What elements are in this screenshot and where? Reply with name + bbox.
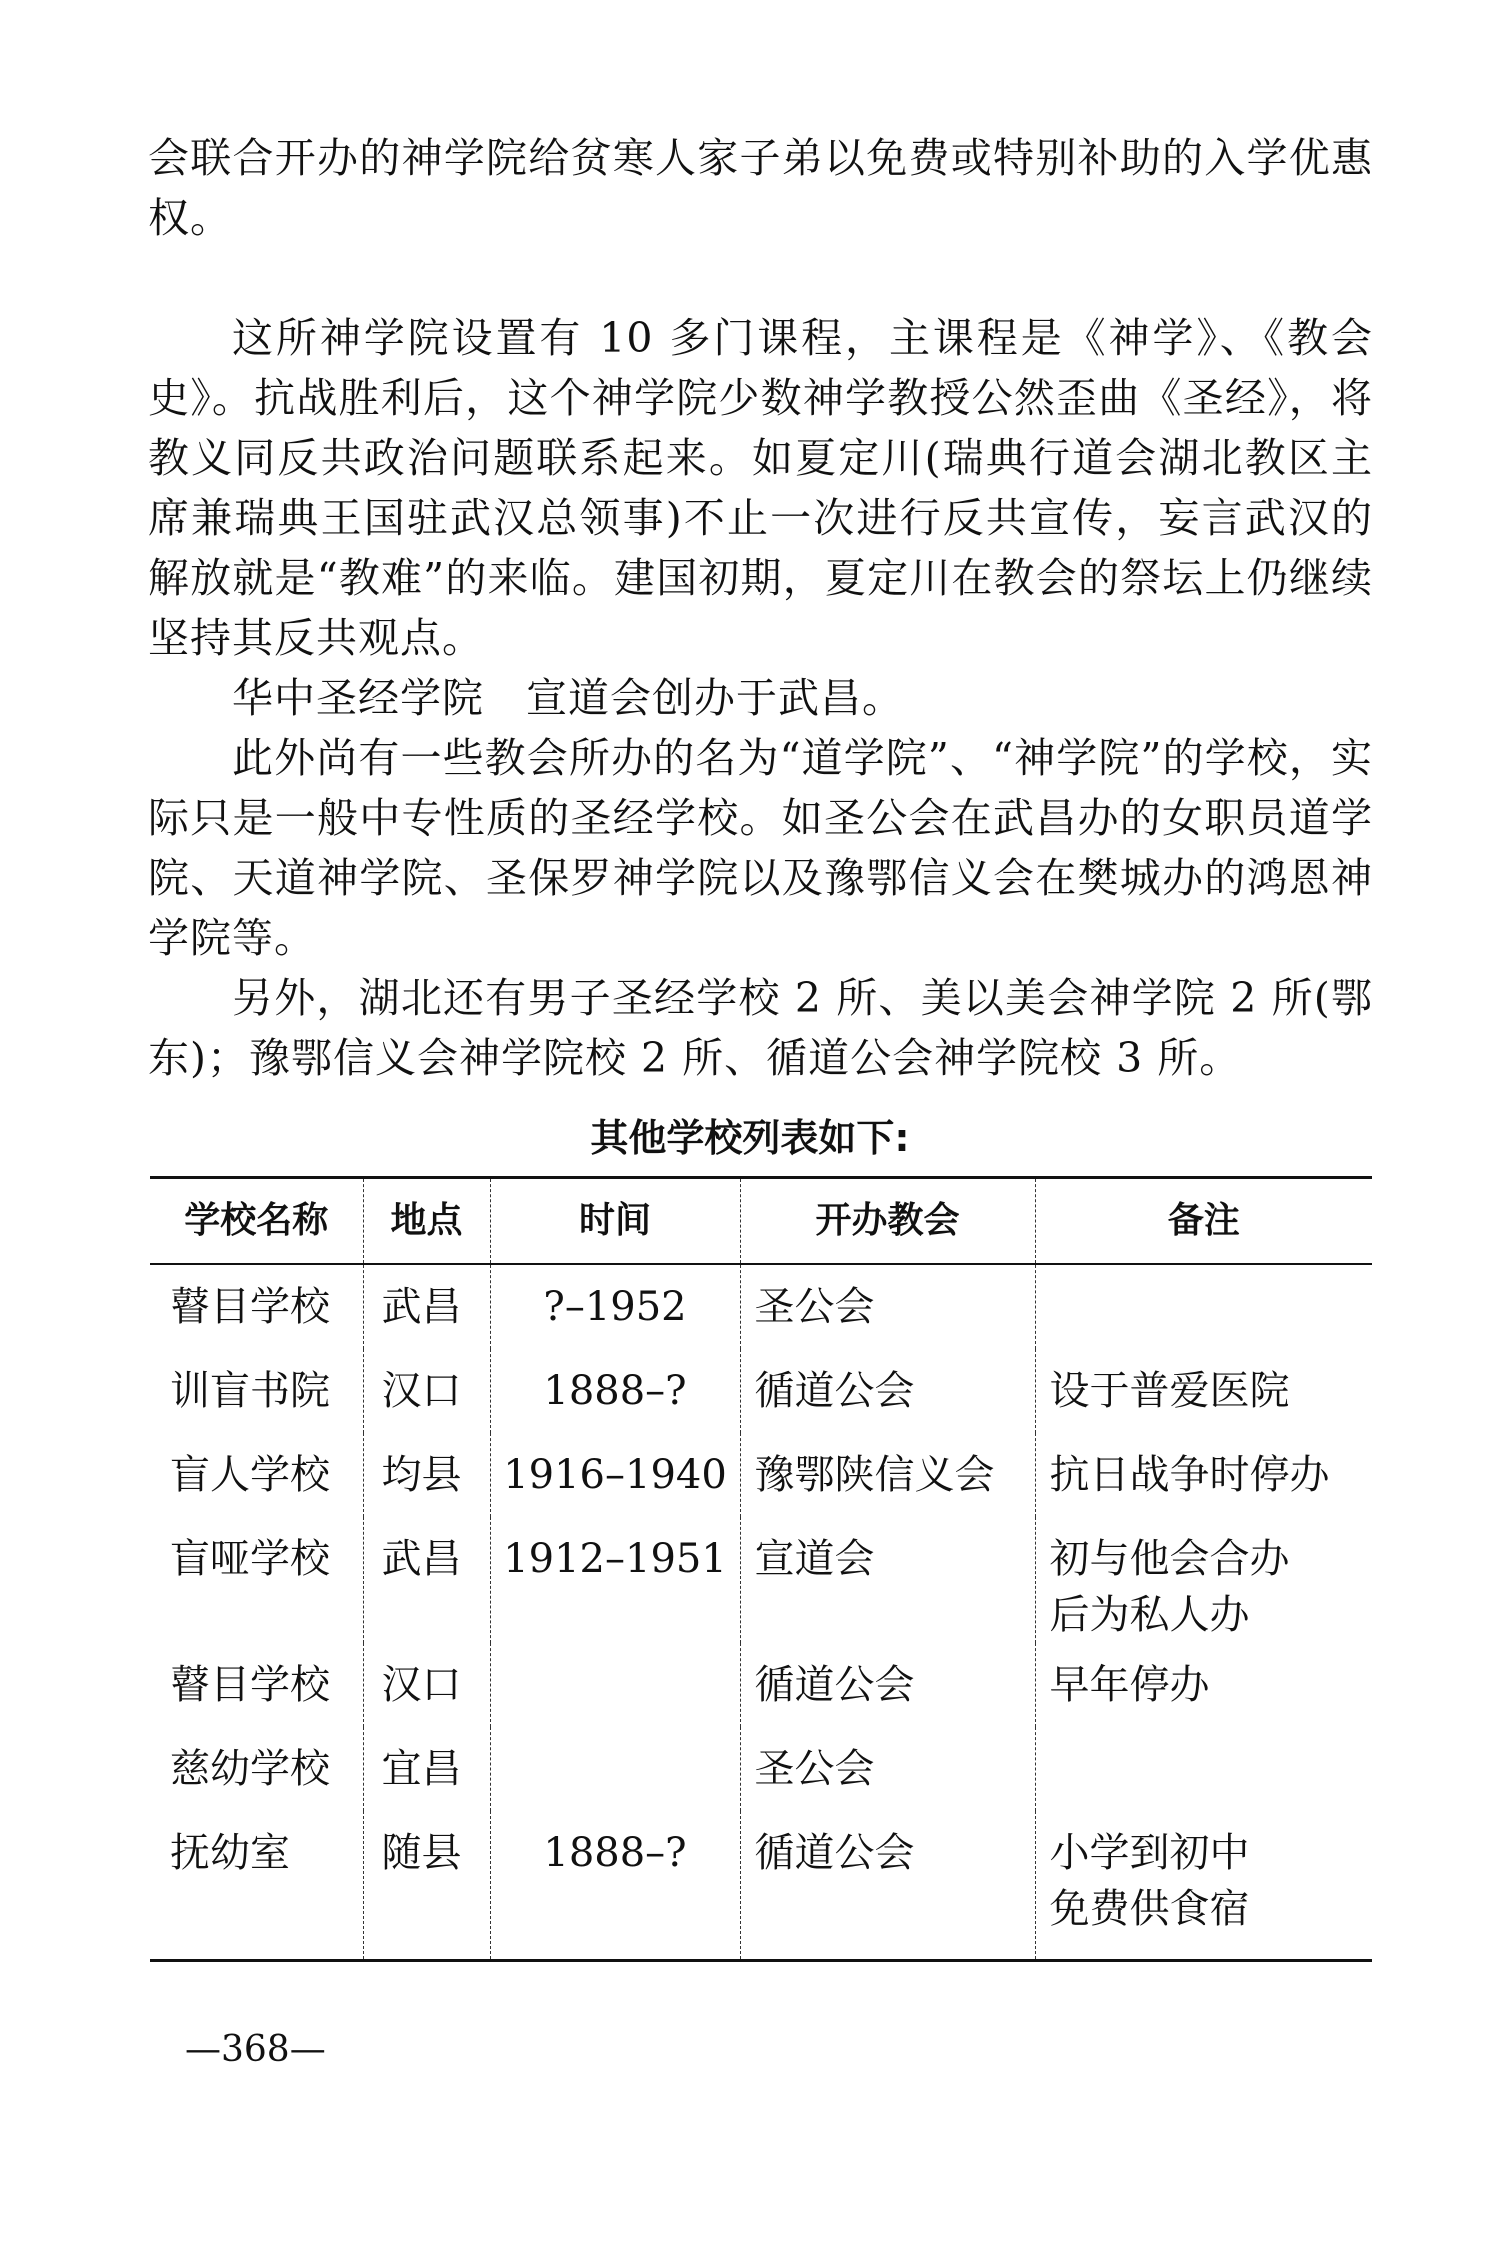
cell-notes bbox=[1035, 1727, 1372, 1811]
table-row: 瞽目学校 汉口 循道公会 早年停办 bbox=[150, 1643, 1372, 1727]
cell-school-name: 慈幼学校 bbox=[150, 1727, 363, 1811]
cell-school-name: 盲哑学校 bbox=[150, 1517, 363, 1643]
cell-founding-church: 循道公会 bbox=[740, 1349, 1035, 1433]
paragraph-additional-schools: 另外，湖北还有男子圣经学校 2 所、美以美会神学院 2 所(鄂东)；豫鄂信义会神… bbox=[148, 968, 1373, 1088]
page-number: —368— bbox=[185, 2025, 326, 2075]
schools-table: 学校名称 地点 时间 开办教会 备注 瞽目学校 武昌 ?–1952 圣公会 训盲… bbox=[150, 1176, 1372, 1962]
cell-notes: 初与他会合办 后为私人办 bbox=[1035, 1517, 1372, 1643]
cell-founding-church: 宣道会 bbox=[740, 1517, 1035, 1643]
cell-location: 宜昌 bbox=[363, 1727, 490, 1811]
table-row: 盲人学校 均县 1916–1940 豫鄂陕信义会 抗日战争时停办 bbox=[150, 1433, 1372, 1517]
note-line: 初与他会合办 bbox=[1050, 1531, 1373, 1587]
cell-time bbox=[490, 1727, 740, 1811]
cell-location: 均县 bbox=[363, 1433, 490, 1517]
cell-founding-church: 圣公会 bbox=[740, 1264, 1035, 1349]
cell-school-name: 抚幼室 bbox=[150, 1811, 363, 1961]
cell-location: 武昌 bbox=[363, 1517, 490, 1643]
header-time: 时间 bbox=[490, 1178, 740, 1265]
table-caption: 其他学校列表如下: bbox=[0, 1108, 1500, 1168]
paragraph-continuation: 会联合开办的神学院给贫寒人家子弟以免费或特别补助的入学优惠权。 bbox=[148, 128, 1373, 248]
book-page: 会联合开办的神学院给贫寒人家子弟以免费或特别补助的入学优惠权。 这所神学院设置有… bbox=[0, 0, 1500, 2249]
table-row: 慈幼学校 宜昌 圣公会 bbox=[150, 1727, 1372, 1811]
header-founding-church: 开办教会 bbox=[740, 1178, 1035, 1265]
note-line: 设于普爱医院 bbox=[1050, 1363, 1373, 1419]
table-row: 抚幼室 随县 1888–? 循道公会 小学到初中 免费供食宿 bbox=[150, 1811, 1372, 1961]
cell-notes: 早年停办 bbox=[1035, 1643, 1372, 1727]
cell-location: 汉口 bbox=[363, 1643, 490, 1727]
note-line: 早年停办 bbox=[1050, 1657, 1373, 1713]
table-row: 盲哑学校 武昌 1912–1951 宣道会 初与他会合办 后为私人办 bbox=[150, 1517, 1372, 1643]
cell-time: 1888–? bbox=[490, 1349, 740, 1433]
cell-time: 1912–1951 bbox=[490, 1517, 740, 1643]
paragraph-seminary-courses: 这所神学院设置有 10 多门课程，主课程是《神学》、《教会史》。抗战胜利后，这个… bbox=[148, 308, 1373, 668]
cell-school-name: 瞽目学校 bbox=[150, 1643, 363, 1727]
header-school-name: 学校名称 bbox=[150, 1178, 363, 1265]
cell-notes: 设于普爱医院 bbox=[1035, 1349, 1372, 1433]
cell-notes: 小学到初中 免费供食宿 bbox=[1035, 1811, 1372, 1961]
note-line: 后为私人办 bbox=[1050, 1587, 1373, 1643]
cell-notes: 抗日战争时停办 bbox=[1035, 1433, 1372, 1517]
cell-founding-church: 圣公会 bbox=[740, 1727, 1035, 1811]
cell-location: 随县 bbox=[363, 1811, 490, 1961]
cell-time: 1916–1940 bbox=[490, 1433, 740, 1517]
note-line: 小学到初中 bbox=[1050, 1825, 1373, 1881]
note-line: 免费供食宿 bbox=[1050, 1881, 1373, 1937]
table-row: 训盲书院 汉口 1888–? 循道公会 设于普爱医院 bbox=[150, 1349, 1372, 1433]
paragraph-other-schools: 此外尚有一些教会所办的名为“道学院”、“神学院”的学校，实际只是一般中专性质的圣… bbox=[148, 728, 1373, 968]
cell-location: 武昌 bbox=[363, 1264, 490, 1349]
table-header-row: 学校名称 地点 时间 开办教会 备注 bbox=[150, 1178, 1372, 1265]
cell-founding-church: 循道公会 bbox=[740, 1643, 1035, 1727]
cell-founding-church: 豫鄂陕信义会 bbox=[740, 1433, 1035, 1517]
cell-time: ?–1952 bbox=[490, 1264, 740, 1349]
note-line: 抗日战争时停办 bbox=[1050, 1447, 1373, 1503]
cell-time: 1888–? bbox=[490, 1811, 740, 1961]
table-row: 瞽目学校 武昌 ?–1952 圣公会 bbox=[150, 1264, 1372, 1349]
header-location: 地点 bbox=[363, 1178, 490, 1265]
cell-time bbox=[490, 1643, 740, 1727]
header-notes: 备注 bbox=[1035, 1178, 1372, 1265]
cell-school-name: 盲人学校 bbox=[150, 1433, 363, 1517]
paragraph-central-china-bible-college: 华中圣经学院 宣道会创办于武昌。 bbox=[148, 668, 1373, 728]
cell-location: 汉口 bbox=[363, 1349, 490, 1433]
cell-school-name: 训盲书院 bbox=[150, 1349, 363, 1433]
cell-school-name: 瞽目学校 bbox=[150, 1264, 363, 1349]
cell-founding-church: 循道公会 bbox=[740, 1811, 1035, 1961]
cell-notes bbox=[1035, 1264, 1372, 1349]
